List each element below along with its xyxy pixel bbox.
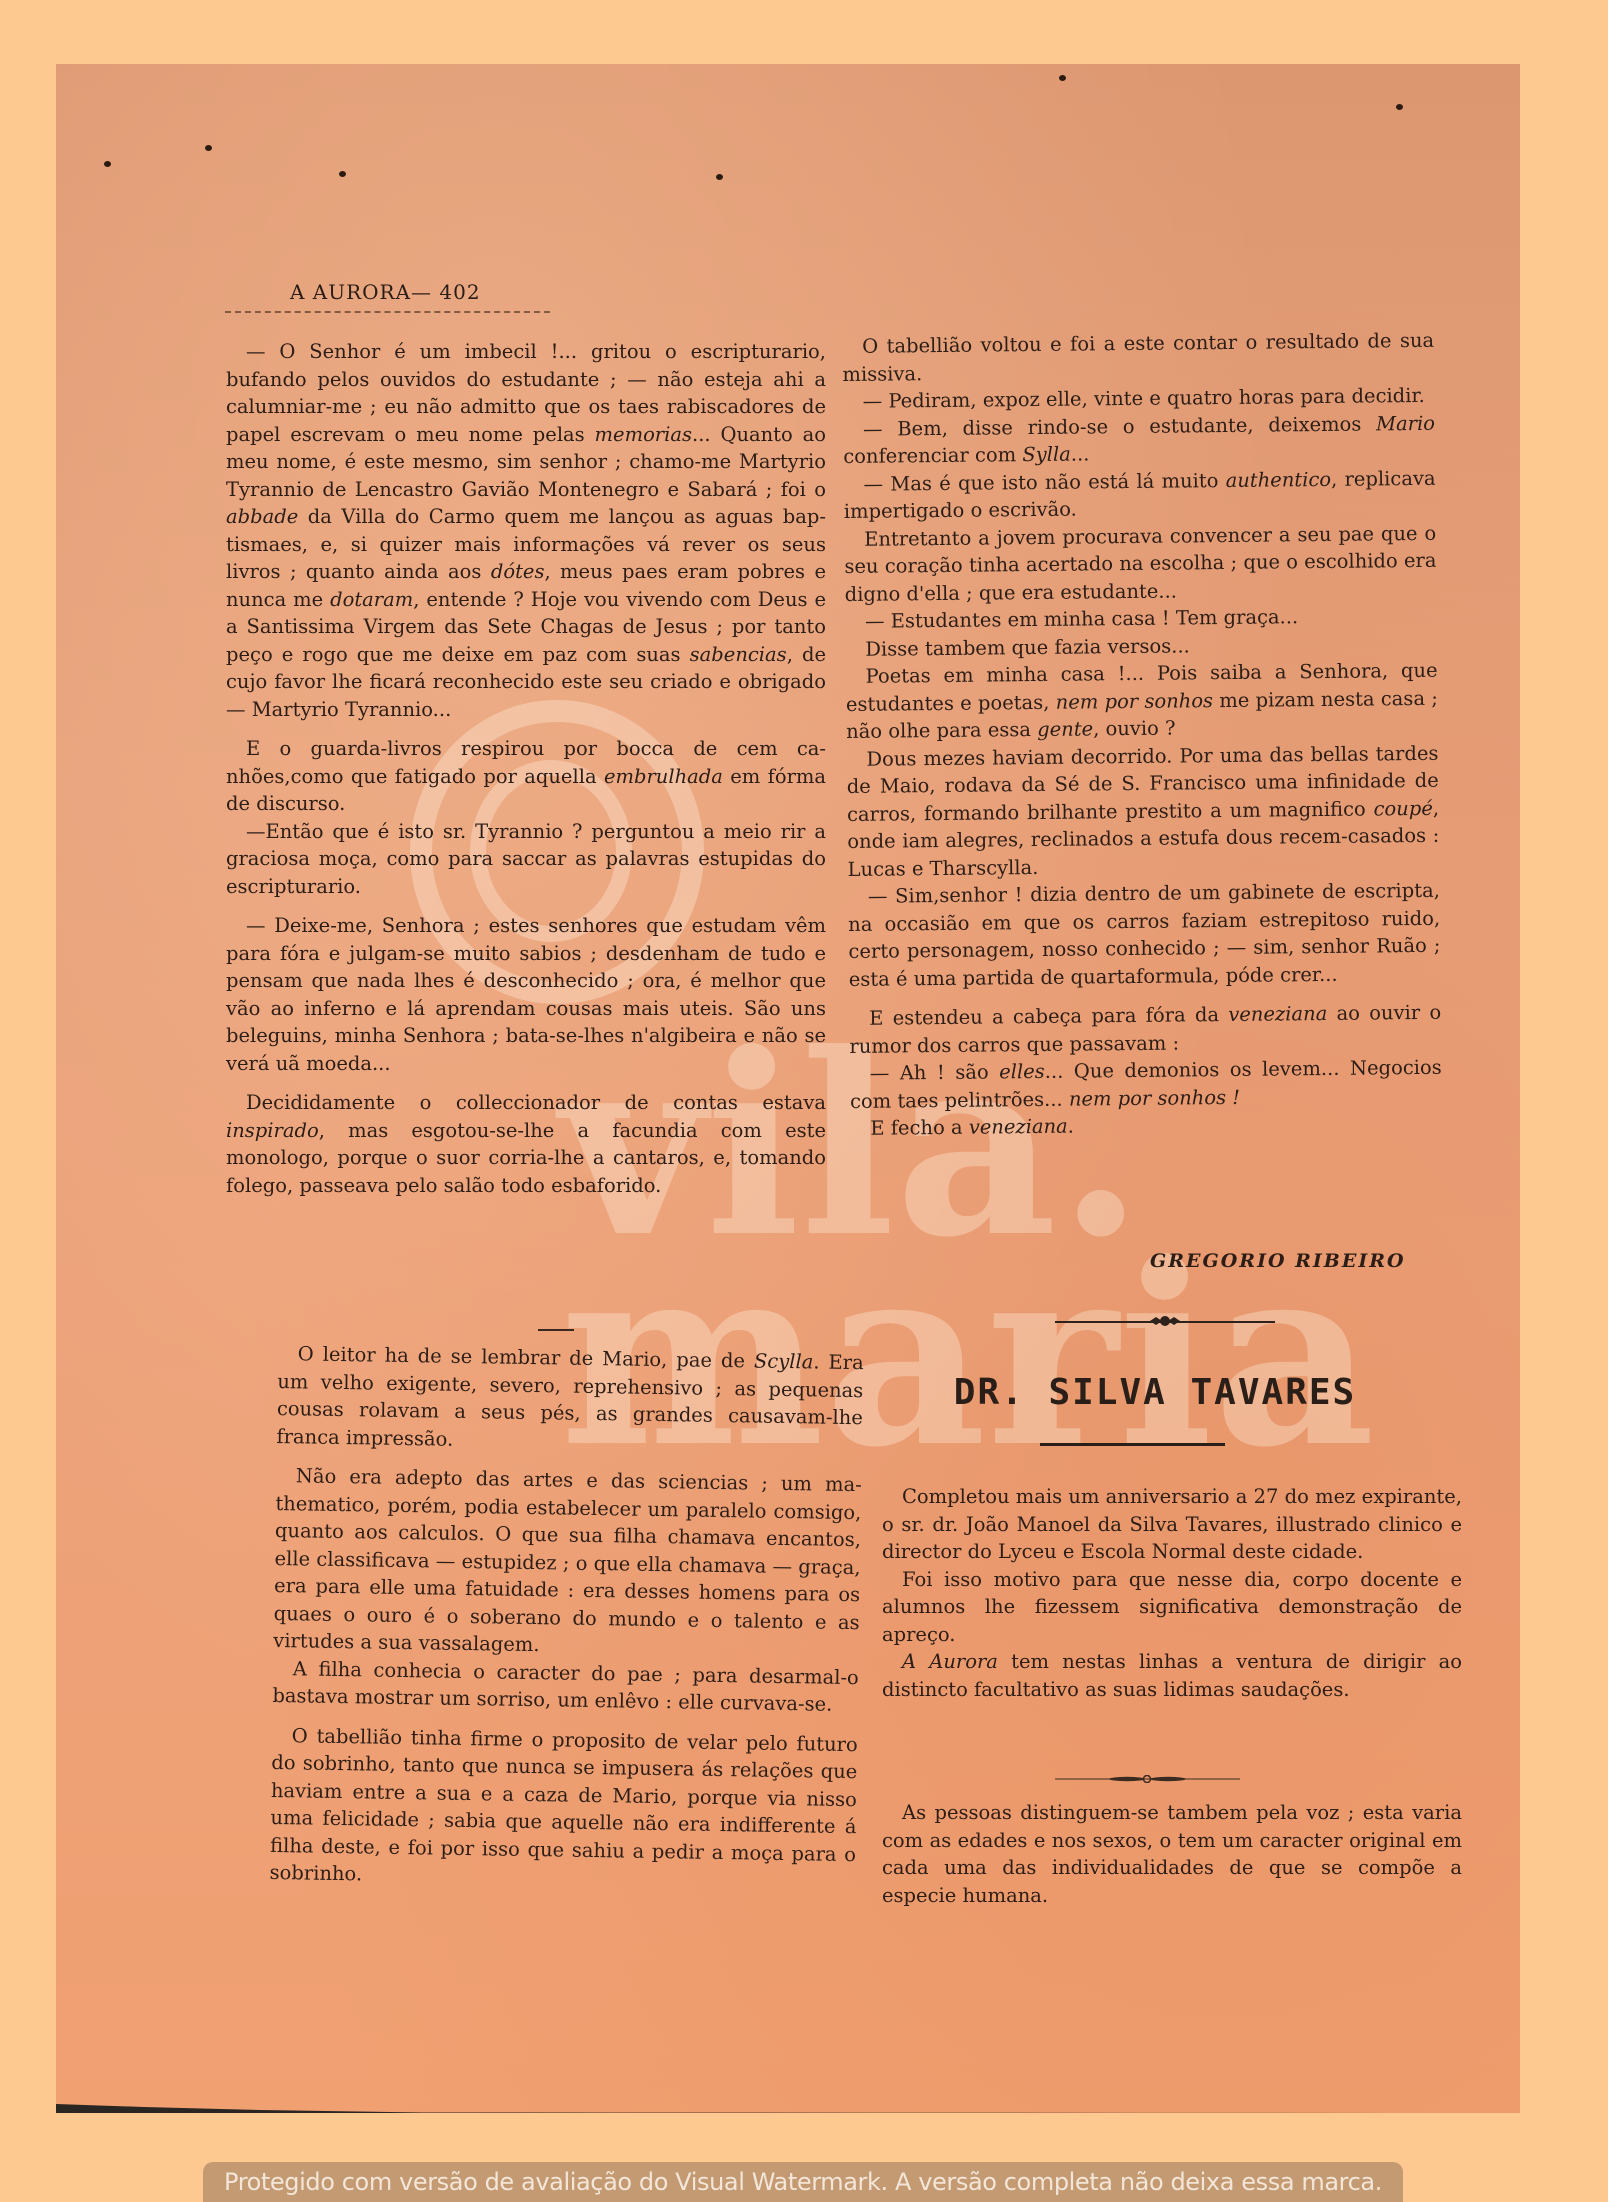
- paragraph: O tabellião tinha firme o proposito de v…: [269, 1721, 858, 1895]
- paragraph: E estendeu a cabeça para fóra da venezia…: [849, 999, 1442, 1060]
- paragraph: A filha conhecia o caracter do pae ; par…: [272, 1654, 859, 1718]
- paper-speck: [104, 161, 111, 167]
- right-column-upper: O tabellião voltou e foi a este contar o…: [842, 327, 1442, 1143]
- paragraph: E o guarda-livros respirou por bocca de …: [226, 735, 826, 818]
- paragraph: Dous mezes haviam decorrido. Por uma das…: [846, 739, 1439, 883]
- paragraph: Entretanto a jovem procurava convencer a…: [844, 519, 1437, 608]
- running-head: A AURORA— 402: [290, 280, 481, 304]
- paper-speck: [1059, 75, 1066, 81]
- paragraph: Poetas em minha casa !... Pois saiba a S…: [845, 657, 1438, 746]
- paper-speck: [1396, 104, 1403, 110]
- paragraph: — Deixe-me, Senhora ; estes senhores que…: [226, 912, 826, 1077]
- section-separator: [538, 1329, 574, 1331]
- paragraph: —Então que é isto sr. Tyrannio ? pergunt…: [226, 818, 826, 901]
- paragraph: As pessoas distinguem-se tambem pela voz…: [882, 1799, 1462, 1909]
- paragraph: Foi isso motivo para que nesse dia, corp…: [882, 1566, 1462, 1649]
- title-underline: [1040, 1443, 1225, 1446]
- left-column-upper: — O Senhor é um imbecil !... gritou o es…: [226, 338, 826, 1199]
- paragraph: Completou mais um anniversario a 27 do m…: [882, 1483, 1462, 1566]
- author-signature: GREGORIO RIBEIRO: [1150, 1250, 1406, 1272]
- paragraph: A Aurora tem nestas linhas a ventura de …: [882, 1648, 1462, 1703]
- paragraph: Decididamente o colleccionador de contas…: [226, 1089, 826, 1199]
- header-rule: [225, 311, 550, 313]
- left-column-lower: O leitor ha de se lembrar de Mario, pae …: [269, 1340, 864, 1896]
- paper-speck: [339, 171, 346, 177]
- paragraph: — Bem, disse rindo-se o estudante, deixe…: [843, 409, 1436, 470]
- ornament-diamond-icon: [1150, 1314, 1180, 1328]
- paragraph: — Mas é que isto não está lá muito authe…: [843, 464, 1436, 525]
- article-title: DR. SILVA TAVARES: [860, 1372, 1450, 1413]
- paragraph: Não era adepto das artes e das sciencias…: [273, 1462, 862, 1664]
- paragraph: O leitor ha de se lembrar de Mario, pae …: [276, 1340, 864, 1459]
- ornament-flourish-icon: [1055, 1775, 1240, 1783]
- paper-speck: [205, 145, 212, 151]
- article-body: Completou mais um anniversario a 27 do m…: [882, 1483, 1462, 1909]
- paragraph: — O Senhor é um imbecil !... gritou o es…: [226, 338, 826, 723]
- paper-speck: [716, 174, 723, 180]
- visual-watermark-notice: Protegido com versão de avaliação do Vis…: [203, 2162, 1403, 2202]
- paragraph: — Sim,senhor ! dizia dentro de um gabine…: [848, 877, 1441, 993]
- paragraph: O tabellião voltou e foi a este contar o…: [842, 327, 1435, 388]
- paragraph: — Ah ! são elles... Que demonios os leve…: [850, 1054, 1443, 1115]
